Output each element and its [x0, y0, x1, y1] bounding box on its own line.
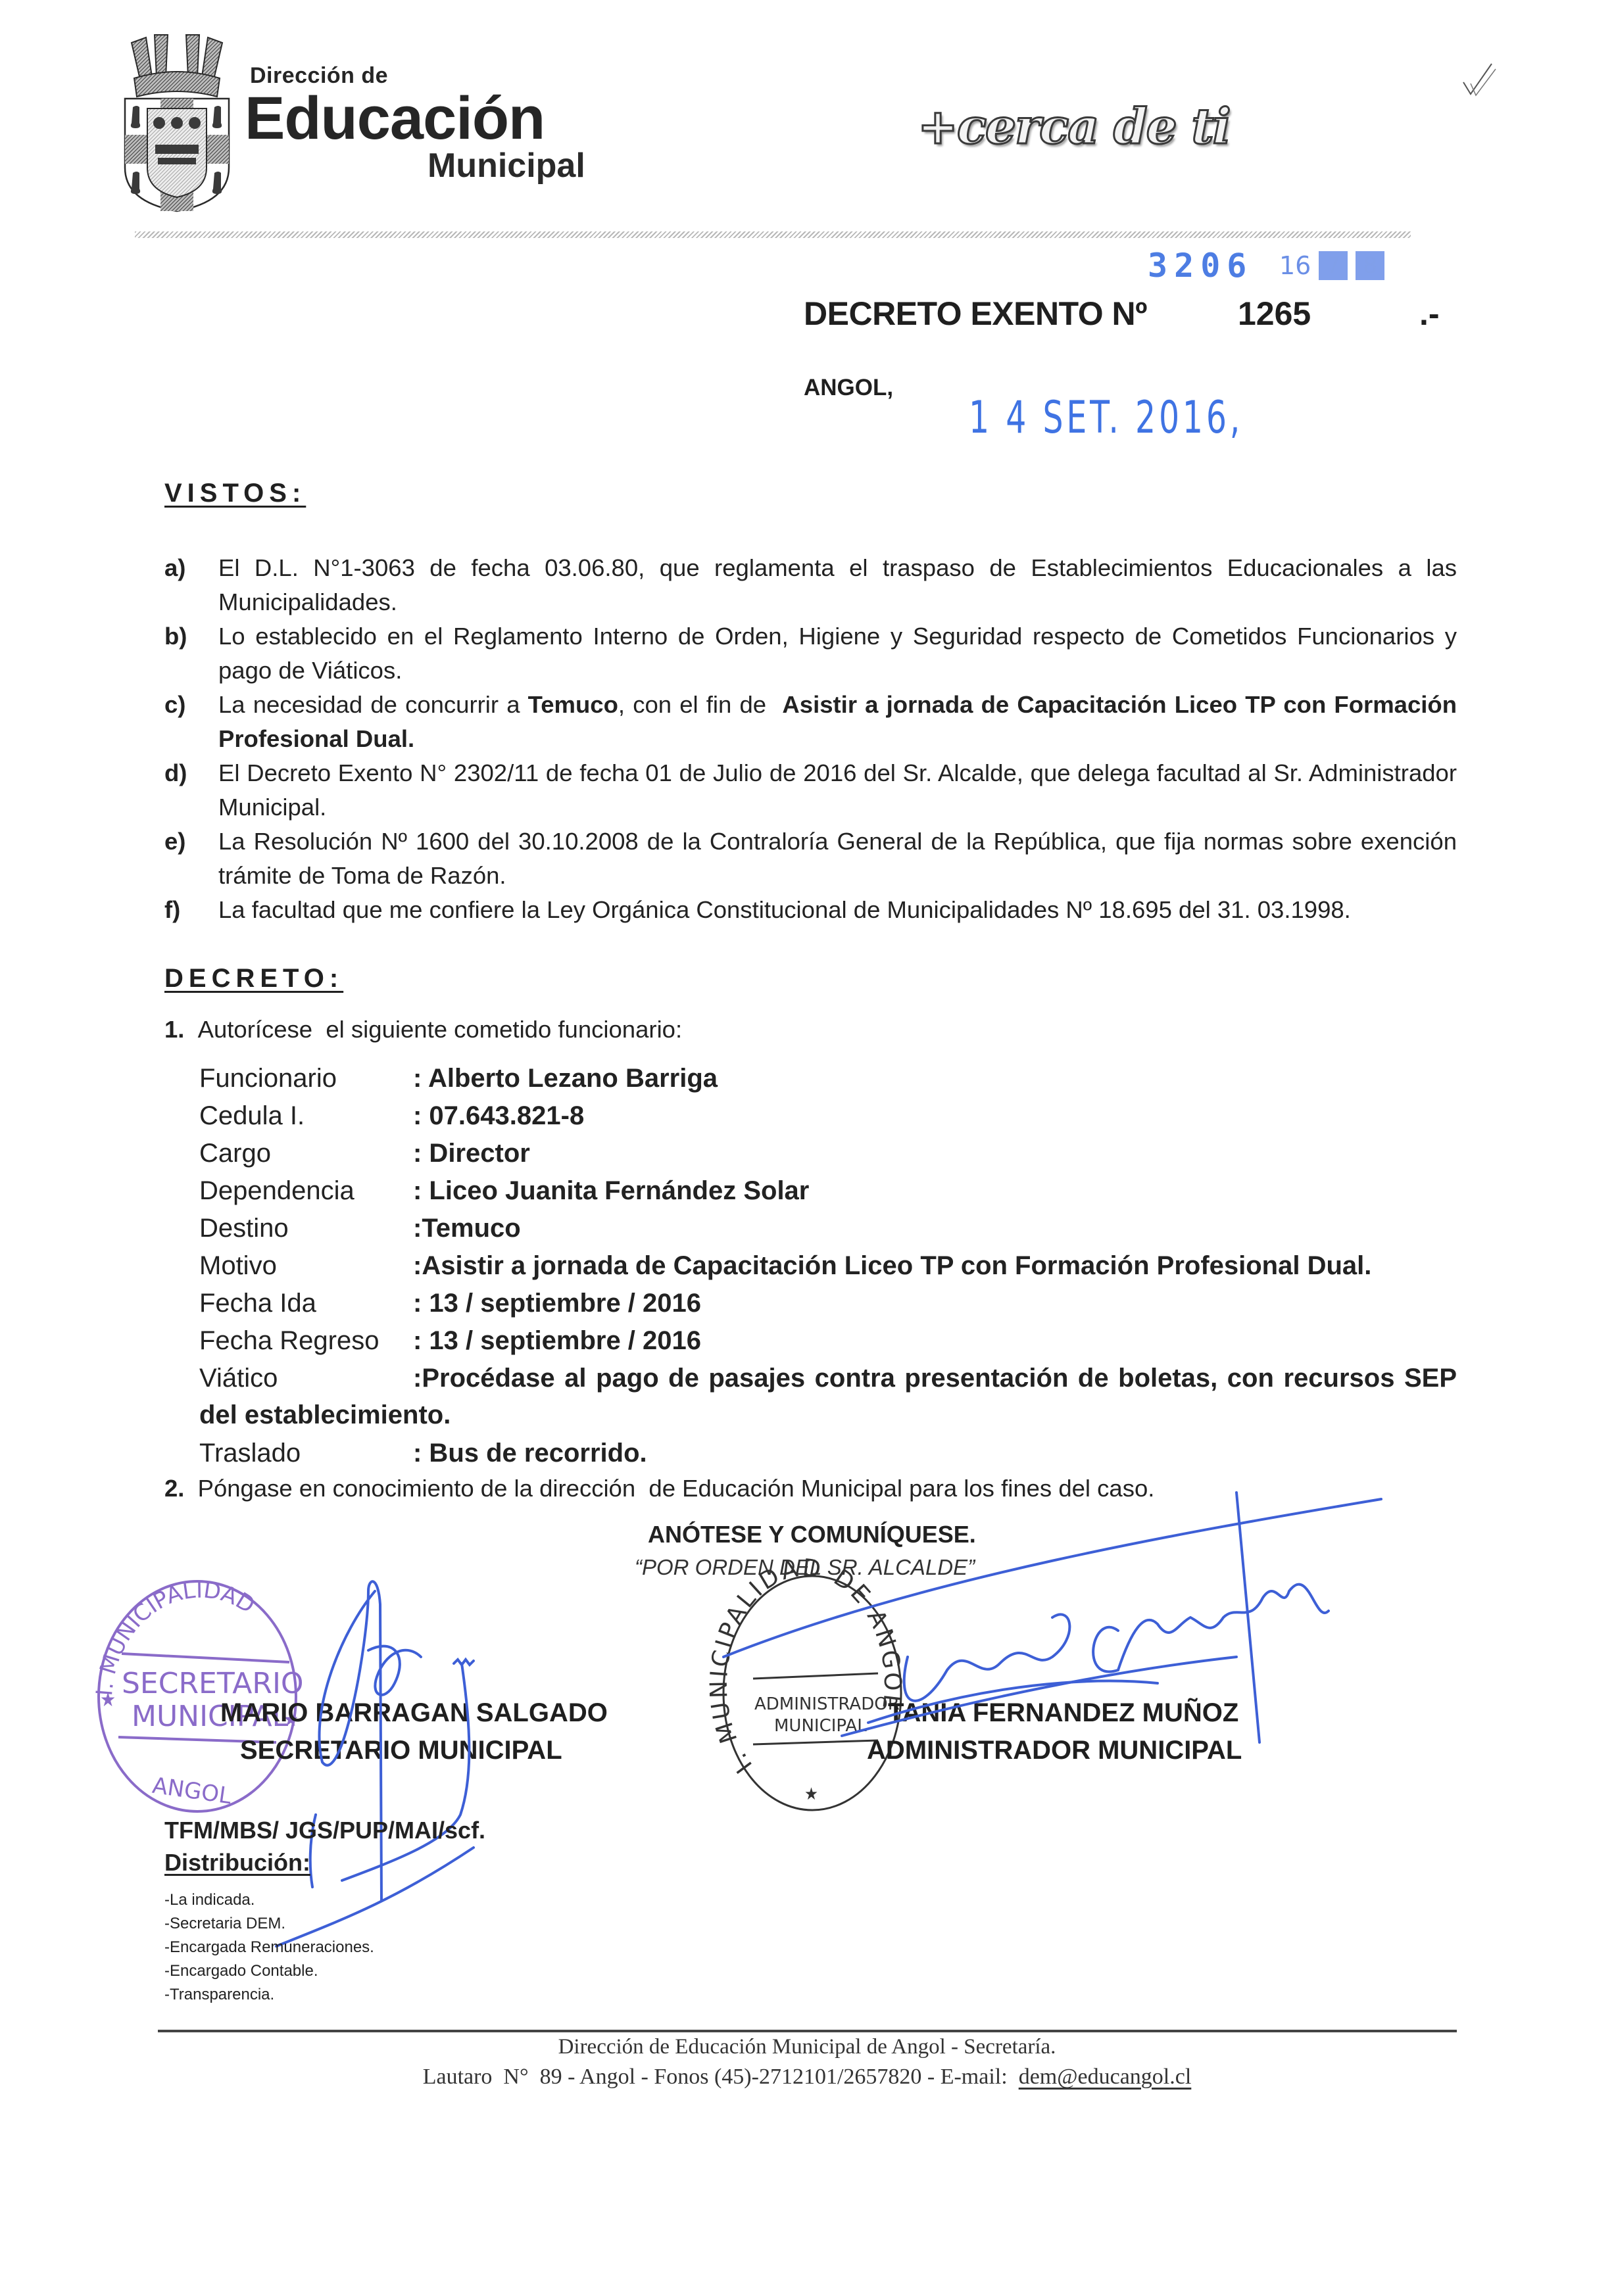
item-label: e)	[164, 825, 185, 859]
date-stamp: 1 4 SET. 2016,	[969, 392, 1243, 444]
field-traslado: Traslado: Bus de recorrido.	[199, 1435, 1457, 1471]
field-cargo: Cargo: Director	[199, 1135, 1457, 1172]
field-key: Motivo	[199, 1247, 413, 1284]
field-key: Cedula I.	[199, 1097, 413, 1134]
field-key: Viático	[199, 1360, 413, 1397]
field-key: Fecha Ida	[199, 1285, 413, 1322]
destination-bold: Temuco	[528, 691, 618, 718]
decree-number-suffix: .-	[1419, 295, 1440, 333]
distribution-item: -Transparencia.	[164, 1983, 374, 2007]
point-number: 1.	[164, 1016, 184, 1043]
stamp-text: ADMINISTRADOR	[754, 1694, 900, 1714]
text-run: , con el fin de	[618, 691, 783, 718]
field-key: Fecha Regreso	[199, 1322, 413, 1359]
footer-address: Lautaro N° 89 - Angol - Fonos (45)-27121…	[423, 2065, 1019, 2089]
registry-stamp-part: 7	[1319, 251, 1348, 280]
distribution-list: -La indicada. -Secretaria DEM. -Encargad…	[164, 1888, 374, 2007]
item-text: La Resolución Nº 1600 del 30.10.2008 de …	[218, 825, 1457, 893]
item-label: f)	[164, 893, 180, 927]
handwritten-check-icon	[1460, 62, 1500, 102]
item-text: La facultad que me confiere la Ley Orgán…	[218, 893, 1457, 927]
signer-left-role: SECRETARIO MUNICIPAL	[240, 1736, 562, 1765]
org-name-line3: Municipal	[428, 146, 585, 185]
municipal-coat-of-arms-icon	[118, 30, 235, 212]
field-value: : Liceo Juanita Fernández Solar	[413, 1176, 809, 1205]
field-fecha-regreso: Fecha Regreso: 13 / septiembre / 2016	[199, 1322, 1457, 1359]
footer-org-line: Dirección de Educación Municipal de Ango…	[0, 2035, 1614, 2059]
field-value: :Asistir a jornada de Capacitación Liceo…	[413, 1251, 1371, 1280]
signer-left-name: MARIO BARRAGAN SALGADO	[220, 1698, 608, 1728]
field-key: Funcionario	[199, 1060, 413, 1097]
footer-divider	[158, 2030, 1457, 2032]
section-heading-vistos: VISTOS:	[164, 479, 306, 508]
decree-title: DECRETO EXENTO Nº	[804, 295, 1147, 333]
secretario-municipal-stamp: I. MUNICIPALIDAD SECRETARIO MUNICIPAL AN…	[86, 1565, 303, 1815]
administrador-municipal-stamp: I. MUNICIPALIDAD DE ANGOL ADMINISTRADOR …	[714, 1568, 924, 1818]
registry-stamp-part: 8	[1356, 251, 1384, 280]
footer-contact-line: Lautaro N° 89 - Angol - Fonos (45)-27121…	[0, 2065, 1614, 2090]
item-label: b)	[164, 619, 187, 654]
stamp-text: SECRETARIO	[122, 1667, 304, 1700]
field-value: : 13 / septiembre / 2016	[413, 1326, 701, 1355]
point-text: Autorícese el siguiente cometido funcion…	[198, 1016, 683, 1043]
field-destino: Destino:Temuco	[199, 1210, 1457, 1247]
field-key: Destino	[199, 1210, 413, 1247]
city-label: ANGOL,	[804, 375, 893, 401]
field-value: : 13 / septiembre / 2016	[413, 1289, 701, 1318]
field-dependencia: Dependencia: Liceo Juanita Fernández Sol…	[199, 1172, 1457, 1209]
item-text: Lo establecido en el Reglamento Interno …	[218, 619, 1457, 688]
slogan-logo: +cerca de ti	[917, 99, 1230, 155]
stamp-text: MUNICIPAL	[774, 1716, 867, 1736]
svg-text:★: ★	[804, 1784, 818, 1804]
reference-initials: TFM/MBS/ JGS/PUP/MAI/scf.	[164, 1817, 485, 1844]
section-heading-decreto: DECRETO:	[164, 964, 343, 993]
distribution-item: -Encargada Remuneraciones.	[164, 1936, 374, 1959]
org-name-line2: Educación	[245, 84, 545, 153]
point-number: 2.	[164, 1475, 184, 1502]
vistos-item-c: c) La necesidad de concurrir a Temuco, c…	[164, 688, 1457, 756]
item-label: d)	[164, 756, 187, 790]
header-separator	[135, 231, 1411, 238]
vistos-item-f: f) La facultad que me confiere la Ley Or…	[164, 893, 1457, 927]
field-motivo: Motivo:Asistir a jornada de Capacitación…	[199, 1247, 1457, 1284]
field-fecha-ida: Fecha Ida: 13 / septiembre / 2016	[199, 1285, 1457, 1322]
field-value: : Director	[413, 1139, 530, 1168]
vistos-item-a: a) El D.L. N°1-3063 de fecha 03.06.80, q…	[164, 551, 1457, 619]
vistos-item-e: e) La Resolución Nº 1600 del 30.10.2008 …	[164, 825, 1457, 893]
signer-right-role: ADMINISTRADOR MUNICIPAL	[867, 1736, 1242, 1765]
svg-text:★: ★	[100, 1688, 116, 1711]
decree-point-1: 1. Autorícese el siguiente cometido func…	[164, 1013, 682, 1047]
field-value: : Alberto Lezano Barriga	[413, 1064, 718, 1093]
field-cedula: Cedula I.: 07.643.821-8	[199, 1097, 1457, 1134]
item-label: a)	[164, 551, 185, 585]
item-text: El D.L. N°1-3063 de fecha 03.06.80, que …	[218, 551, 1457, 619]
registry-stamp-number: 3206	[1148, 247, 1253, 285]
distribution-item: -La indicada.	[164, 1888, 374, 1912]
item-text: La necesidad de concurrir a Temuco, con …	[218, 688, 1457, 756]
field-funcionario: Funcionario: Alberto Lezano Barriga	[199, 1060, 1457, 1097]
decree-number: 1265	[1238, 295, 1311, 333]
closing-formula: ANÓTESE Y COMUNÍQUESE.	[648, 1521, 976, 1548]
distribution-item: -Secretaria DEM.	[164, 1912, 374, 1936]
distribution-title: Distribución:	[164, 1849, 310, 1877]
field-key: Dependencia	[199, 1172, 413, 1209]
item-text: El Decreto Exento N° 2302/11 de fecha 01…	[218, 756, 1457, 825]
point-text: Póngase en conocimiento de la dirección …	[198, 1475, 1155, 1502]
field-viatico: Viático:Procédase al pago de pasajes con…	[199, 1360, 1457, 1433]
decree-point-2: 2. Póngase en conocimiento de la direcci…	[164, 1471, 1154, 1506]
field-value: :Temuco	[413, 1214, 521, 1243]
field-value: : Bus de recorrido.	[413, 1439, 647, 1468]
field-key: Cargo	[199, 1135, 413, 1172]
signer-right-name: TANIA FERNANDEZ MUÑOZ	[888, 1698, 1238, 1728]
registry-stamp-part: 16	[1279, 251, 1311, 280]
registry-stamp-tail: 16 7 8	[1279, 251, 1384, 280]
item-label: c)	[164, 688, 185, 722]
vistos-item-b: b) Lo establecido en el Reglamento Inter…	[164, 619, 1457, 688]
field-value: : 07.643.821-8	[413, 1101, 584, 1130]
distribution-item: -Encargado Contable.	[164, 1959, 374, 1983]
footer-email-link[interactable]: dem@educangol.cl	[1019, 2065, 1192, 2089]
field-key: Traslado	[199, 1435, 413, 1471]
text-run: La necesidad de concurrir a	[218, 691, 528, 718]
vistos-item-d: d) El Decreto Exento N° 2302/11 de fecha…	[164, 756, 1457, 825]
